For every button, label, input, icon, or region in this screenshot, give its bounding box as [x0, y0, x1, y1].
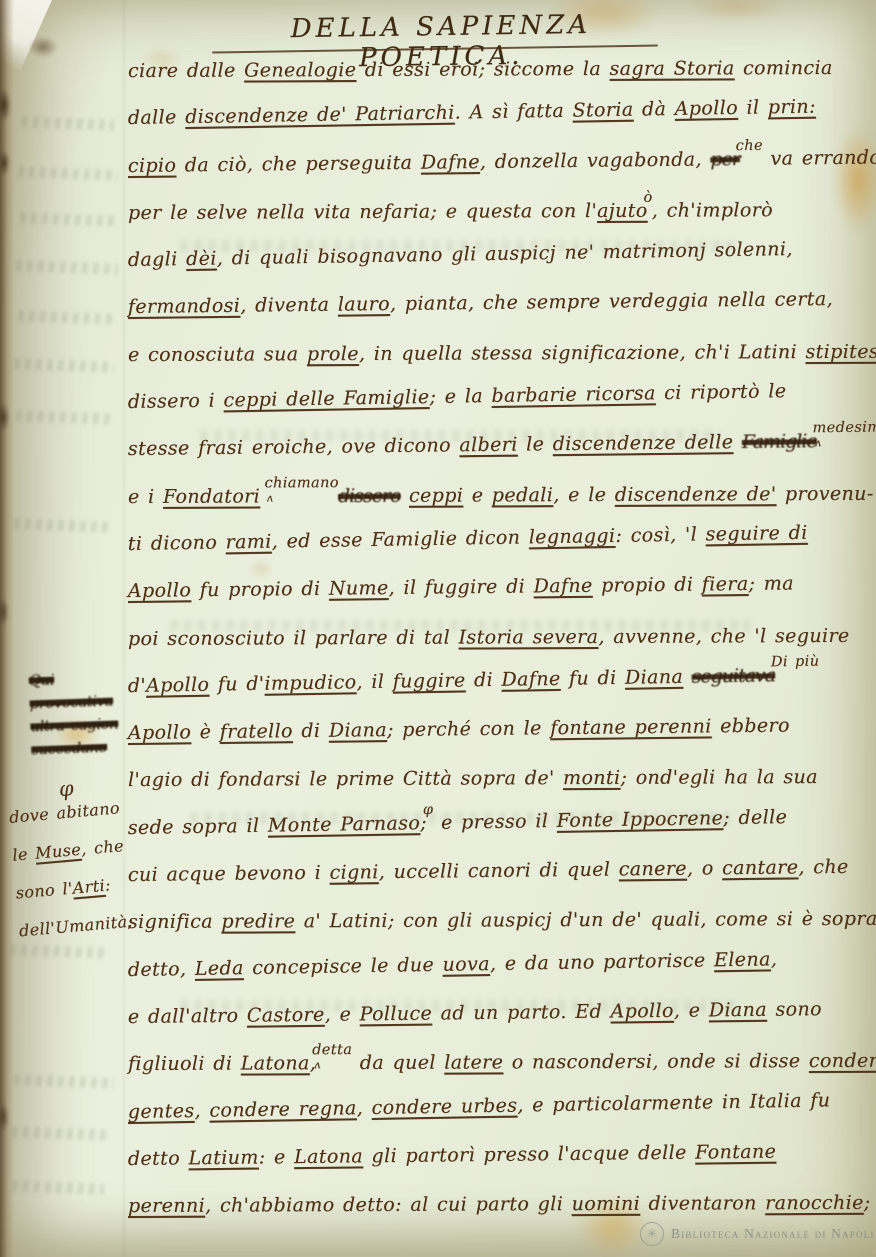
text-segment: ,	[771, 948, 778, 970]
text-segment: Latona	[241, 1052, 310, 1074]
bleed-through	[22, 116, 114, 130]
text-segment: gentes	[128, 1099, 195, 1122]
text-body: ciare dalle Genealogie di essi eroi; sic…	[128, 60, 868, 1242]
text-segment: stipites	[805, 341, 876, 363]
text-segment: Monte Parnaso	[268, 812, 421, 837]
text-segment: detto	[128, 1147, 189, 1170]
text-segment: alberi	[459, 434, 518, 457]
bleed-through	[12, 1180, 104, 1194]
text-segment: dà	[633, 98, 675, 121]
text-segment: poi sconosciuto il parlare di tal	[128, 626, 459, 649]
text-segment: :	[104, 875, 111, 894]
text-segment: Fontane	[695, 1140, 776, 1163]
text-segment: ; ond'egli ha la sua	[620, 766, 818, 789]
text-segment: cui acque bevono i	[128, 862, 330, 886]
text-segment: Apollo	[610, 1000, 674, 1023]
text-segment: di	[465, 669, 501, 692]
text-segment: da ciò, che perseguita	[176, 151, 421, 176]
text-segment: Apollo	[128, 580, 192, 603]
text-segment: Genealogie	[244, 59, 356, 81]
struck-word: Famiglie	[742, 431, 817, 454]
text-segment: canere	[619, 858, 687, 881]
text-segment: , e le	[553, 484, 615, 506]
text-segment: cigni	[329, 861, 378, 884]
ink-smudge	[28, 36, 58, 58]
text-segment: predire	[221, 911, 295, 933]
text-segment: le	[12, 844, 36, 865]
text-segment: , e da uno partorisce	[490, 949, 714, 975]
text-segment	[733, 431, 742, 453]
text-segment: , il	[356, 670, 393, 693]
text-segment: è	[191, 721, 220, 743]
text-segment: , uccelli canori di quel	[379, 858, 619, 883]
text-segment: dèi	[186, 248, 217, 271]
text-segment: uova	[442, 953, 490, 976]
struck-word: ultra cagion	[30, 714, 118, 735]
text-segment: rami	[225, 531, 271, 554]
text-segment: ceppi delle Famiglie	[223, 386, 429, 411]
text-segment: Apollo	[674, 97, 738, 120]
text-segment: per le selve nella vita nefaria; e quest…	[128, 200, 597, 224]
text-segment: Diana	[329, 719, 387, 742]
text-segment: , pianta, che sempre verdeggia nella cer…	[390, 288, 833, 315]
text-segment: prin:	[768, 96, 816, 119]
text-segment: detto,	[128, 958, 195, 981]
text-segment: ,	[356, 1096, 371, 1118]
text-segment: sagra Storia	[609, 57, 734, 80]
text-segment: Apollo	[146, 674, 210, 697]
text-segment: ranocchie	[765, 1192, 864, 1214]
bleed-through	[16, 410, 112, 424]
inserted-word: detta	[312, 1042, 352, 1058]
library-seal-icon: ✳	[640, 1222, 664, 1246]
text-segment: Latona	[294, 1145, 363, 1168]
inserted-word: medesime	[812, 420, 876, 437]
text-segment: : e	[259, 1146, 295, 1168]
text-line: fermandosi, diventa lauro, pianta, che s…	[128, 288, 868, 344]
text-segment: dagli	[128, 248, 187, 271]
text-segment: l'agio di fondarsi le prime Città sopra …	[128, 768, 563, 792]
text-segment: perenni	[128, 1195, 205, 1217]
text-segment: , donzella vagabonda,	[480, 148, 711, 173]
text-segment: prole	[307, 343, 359, 365]
text-segment: Muse	[34, 840, 81, 863]
text-segment: propio di	[592, 574, 701, 597]
margin-note-line: provocativa	[29, 689, 118, 715]
text-segment: ; perché con le	[387, 717, 550, 741]
inserted-word: φ	[423, 802, 434, 818]
text-segment: barbarie ricorsa	[491, 382, 656, 407]
text-segment: ciare dalle	[128, 59, 244, 82]
text-segment: : così, 'l	[615, 523, 706, 546]
bleed-through	[12, 1126, 108, 1140]
text-segment: Istoria severa	[458, 626, 598, 649]
text-segment: monti	[563, 767, 621, 789]
text-segment	[400, 484, 409, 506]
margin-note-phi: φ dove abitanole Muse, chesono l'Arti:de…	[6, 772, 136, 959]
text-segment: Latium	[188, 1146, 259, 1169]
text-segment: latere	[444, 1052, 503, 1074]
fold-line	[123, 0, 125, 1257]
text-segment: . A sì fatta	[454, 100, 572, 124]
text-segment: fuggire	[393, 669, 466, 692]
text-segment: Dafne	[421, 151, 480, 174]
text-segment: condere	[809, 1050, 876, 1072]
text-segment: Elena	[714, 948, 771, 971]
text-line: Apollo è fratello di Diana; perché con l…	[128, 714, 868, 770]
text-segment: fratello	[220, 720, 293, 743]
text-segment: , e	[325, 1003, 360, 1025]
text-segment: uomini	[572, 1193, 641, 1215]
bleed-through	[18, 166, 118, 180]
text-segment: sono l'	[15, 879, 74, 903]
text-segment: legnaggi	[529, 525, 616, 548]
text-line: Apollo fu propio di Nume, il fuggire di …	[128, 572, 868, 628]
text-segment: e	[463, 484, 492, 506]
text-segment: ; ma	[748, 573, 794, 596]
text-segment: Diana	[709, 999, 767, 1022]
text-segment: o nascondersi, onde si disse	[503, 1050, 809, 1073]
text-segment: Fondatori	[163, 485, 260, 507]
bleed-through	[20, 212, 116, 226]
struck-word: Qui	[28, 671, 54, 690]
text-line: e dall'altro Castore, e Polluce ad un pa…	[128, 998, 868, 1054]
text-segment: , e particolarmente in Italia fu	[517, 1089, 830, 1116]
text-segment: Fonte Ippocrene	[557, 807, 724, 832]
text-line: cui acque bevono i cigni, uccelli canori…	[128, 856, 868, 912]
text-segment: lauro	[338, 294, 390, 317]
bleed-through	[14, 1074, 114, 1088]
inserted-word: chiamano	[264, 475, 338, 491]
text-segment: a' Latini; con gli auspicj d'un de' qual…	[295, 908, 876, 933]
margin-note-phi-lines: dove abitanole Muse, chesono l'Arti:dell…	[8, 798, 135, 959]
text-segment: ajuto	[597, 200, 648, 222]
text-segment	[683, 666, 692, 688]
text-segment: ti dicono	[128, 531, 226, 555]
text-segment: e dall'altro	[128, 1005, 247, 1028]
text-segment: discendenze delle	[553, 432, 734, 456]
phi-insertion-mark: φ	[58, 772, 122, 801]
text-segment: ad un parto. Ed	[432, 1000, 611, 1024]
text-segment: e conosciuta sua	[128, 343, 307, 366]
text-segment: di essi eroi; siccome la	[356, 58, 609, 81]
text-segment: Apollo	[128, 721, 192, 744]
text-line: cipio da ciò, che perseguita Dafne, donz…	[128, 146, 868, 202]
text-segment: ,	[194, 1099, 209, 1121]
text-segment: Nume	[329, 577, 389, 600]
text-segment: , ch'abbiamo detto: al cui parto gli	[205, 1193, 572, 1217]
text-segment: da quel	[351, 1052, 444, 1074]
inserted-word: che	[736, 137, 763, 153]
text-segment: , avvenne, che 'l seguire	[598, 624, 849, 647]
library-watermark: ✳ Biblioteca Nazionale di Napoli	[640, 1222, 875, 1246]
margin-note-line: Qui	[28, 666, 117, 692]
text-segment: va errando	[762, 146, 876, 169]
text-segment: discendenze de'	[615, 483, 777, 506]
text-segment: stesse frasi eroiche, ove dicono	[128, 435, 460, 461]
text-segment: ceppi	[409, 484, 463, 506]
text-segment: provenu-	[776, 482, 873, 504]
text-segment: , o	[687, 857, 722, 879]
text-segment: il	[738, 97, 768, 119]
struck-word: provocativa	[29, 692, 113, 713]
library-watermark-label: Biblioteca Nazionale di Napoli	[671, 1226, 875, 1242]
text-segment: dalle	[128, 106, 186, 129]
text-segment: dove abitano	[8, 798, 120, 827]
paper-stain	[688, 0, 784, 20]
text-segment: gli partorì presso l'acque delle	[363, 1141, 695, 1167]
text-segment: , in quella stessa significazione, ch'i …	[359, 341, 806, 365]
text-segment: , che	[80, 836, 124, 859]
text-segment: fu d'	[209, 673, 264, 696]
bleed-through	[14, 518, 112, 532]
text-segment: ;	[864, 1192, 871, 1214]
text-segment: fu propio di	[191, 578, 329, 602]
text-segment: ; e la	[429, 385, 491, 408]
text-segment: pedali	[492, 484, 554, 506]
struck-word: seguitava	[691, 664, 775, 687]
text-segment: impudico	[264, 671, 356, 695]
text-segment: e presso il	[432, 810, 557, 834]
text-segment: significa	[128, 911, 222, 933]
text-segment: e i	[128, 486, 163, 508]
text-segment: , ed esse Famiglie dicon	[271, 526, 528, 552]
text-segment: sede sopra il	[128, 814, 268, 838]
binding-edge	[0, 0, 14, 1257]
text-segment: discendenze de' Patriarchi	[185, 102, 455, 128]
text-segment: dissero i	[128, 389, 224, 413]
text-segment: cipio	[128, 154, 177, 177]
text-segment: , e	[674, 999, 709, 1021]
text-segment: ci riportò le	[656, 380, 787, 404]
margin-note-struck: Quiprovocativaultra cagionsuccedano	[28, 666, 119, 761]
text-segment: , diventa	[240, 294, 338, 317]
text-segment: condere urbes	[371, 1094, 517, 1118]
bleed-through	[16, 260, 118, 275]
text-segment: cantare	[722, 856, 799, 879]
text-segment: fontane perenni	[550, 716, 712, 740]
text-segment: ; delle	[723, 806, 787, 829]
text-segment: figliuoli di	[128, 1053, 241, 1075]
text-segment: condere regna	[209, 1097, 357, 1121]
text-segment: Arti	[72, 876, 106, 898]
text-segment: le	[518, 434, 553, 456]
text-segment: , che	[798, 856, 848, 879]
margin-note-line: ultra cagion	[30, 712, 119, 738]
bleed-through	[18, 310, 112, 324]
text-segment: Castore	[247, 1004, 325, 1027]
struck-word: dissero	[338, 484, 401, 506]
inserted-word: Di più	[771, 653, 820, 670]
text-segment: ebbero	[712, 715, 790, 738]
manuscript-page: DELLA SAPIENZA POETICA. ciare dalle Gene…	[0, 0, 876, 1257]
text-segment: sono	[767, 998, 822, 1021]
text-segment: Diana	[625, 666, 684, 689]
text-segment: concepisce le due	[244, 953, 443, 978]
text-segment: Dafne	[501, 668, 560, 691]
text-segment: fiera	[702, 573, 749, 596]
struck-word: succedano	[31, 738, 107, 759]
text-segment: di	[293, 720, 329, 742]
margin-note-line: succedano	[31, 735, 120, 761]
text-segment: seguire di	[705, 522, 807, 546]
text-line: detto Latium: e Latona gli partorì press…	[128, 1139, 868, 1195]
text-segment: Dafne	[533, 575, 592, 598]
text-segment: Leda	[195, 957, 244, 980]
bleed-through	[14, 358, 114, 372]
text-segment: Storia	[572, 99, 633, 122]
inserted-word: ò	[643, 190, 652, 206]
text-segment: , il fuggire di	[388, 576, 533, 600]
text-segment: Polluce	[359, 1002, 432, 1025]
text-segment: , ch'implorò	[652, 199, 773, 222]
text-line: stesse frasi eroiche, ove dicono alberi …	[128, 430, 868, 486]
text-segment: fu di	[560, 667, 625, 690]
text-segment: comincia	[735, 57, 833, 79]
text-segment: fermandosi	[128, 295, 241, 318]
text-segment: d'	[128, 675, 147, 697]
text-segment: diventaron	[640, 1192, 765, 1215]
